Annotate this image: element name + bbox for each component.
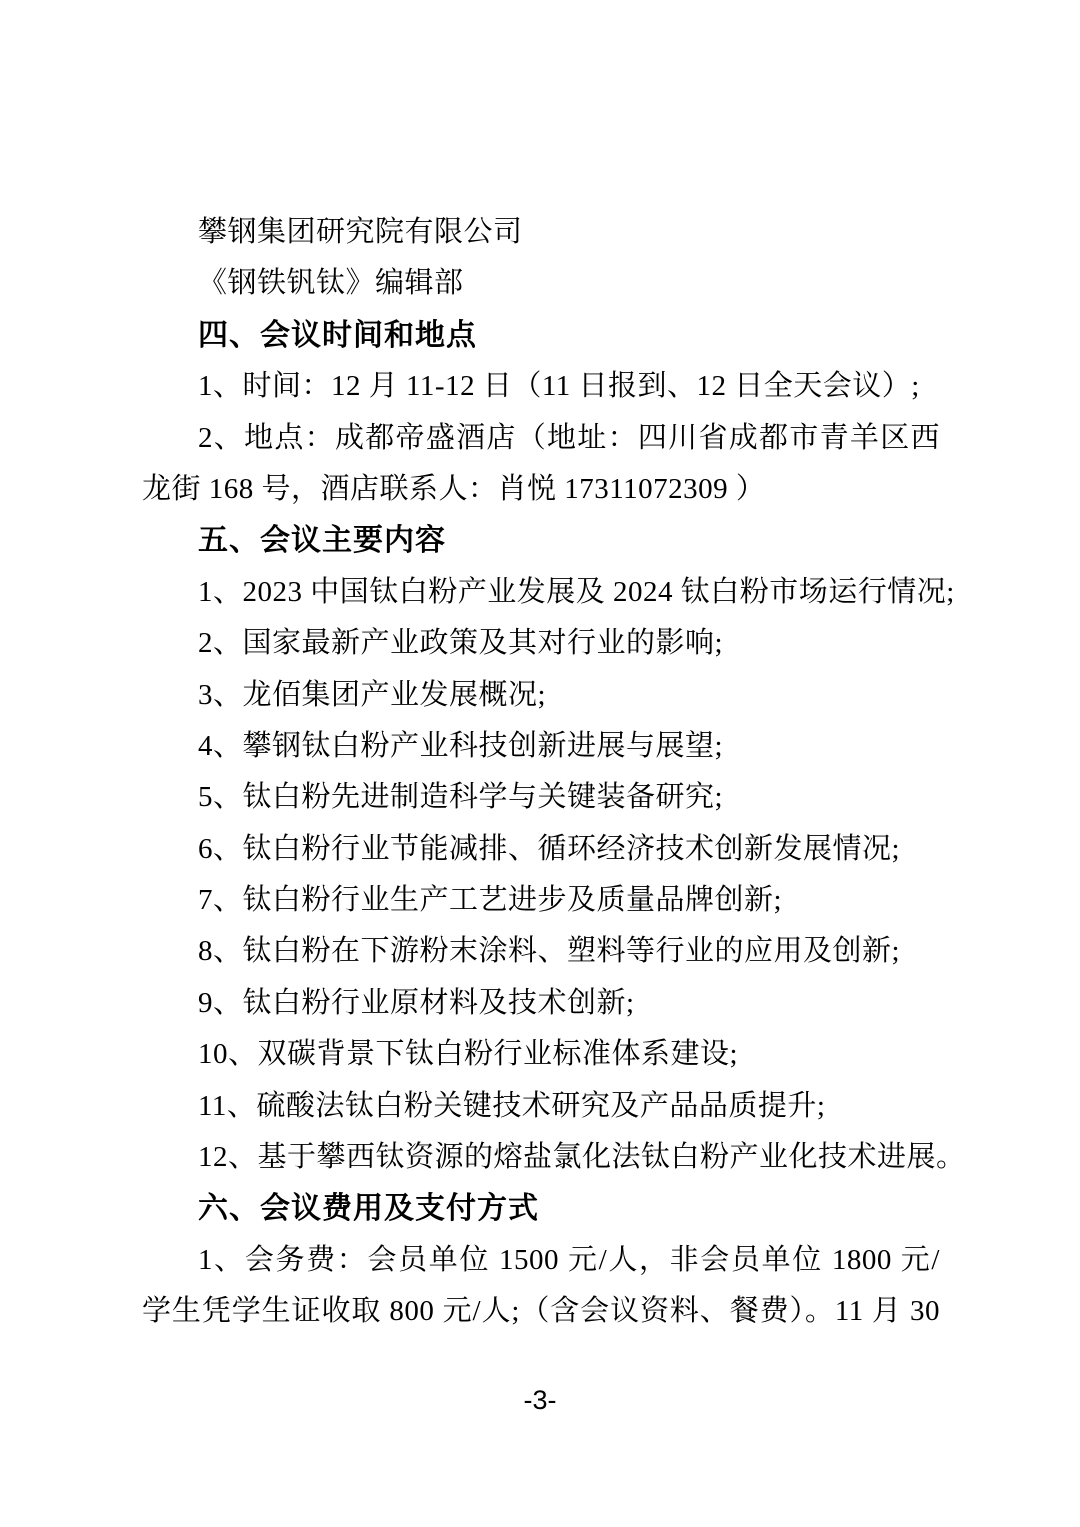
page-number: -3- [0, 1384, 1080, 1416]
section-heading: 六、会议费用及支付方式 [142, 1183, 940, 1234]
text-line: 1、时间：12 月 11-12 日（11 日报到、12 日全天会议）; [142, 361, 940, 412]
text-line: 4、攀钢钛白粉产业科技创新进展与展望; [142, 721, 940, 772]
text-line: 1、2023 中国钛白粉产业发展及 2024 钛白粉市场运行情况; [142, 567, 940, 618]
text-line: 5、钛白粉先进制造科学与关键装备研究; [142, 772, 940, 823]
text-line: 2、国家最新产业政策及其对行业的影响; [142, 618, 940, 669]
text-line: 龙街 168 号，酒店联系人：肖悦 17311072309 ） [142, 464, 940, 515]
document-body: 攀钢集团研究院有限公司《钢铁钒钛》编辑部四、会议时间和地点1、时间：12 月 1… [142, 207, 940, 1338]
section-heading: 五、会议主要内容 [142, 515, 940, 566]
text-line: 1、会务费：会员单位 1500 元/人，非会员单位 1800 元/人， [142, 1235, 940, 1286]
text-line: 《钢铁钒钛》编辑部 [142, 258, 940, 309]
text-line: 9、钛白粉行业原材料及技术创新; [142, 978, 940, 1029]
text-line: 6、钛白粉行业节能减排、循环经济技术创新发展情况; [142, 824, 940, 875]
text-line: 10、双碳背景下钛白粉行业标准体系建设; [142, 1029, 940, 1080]
text-line: 攀钢集团研究院有限公司 [142, 207, 940, 258]
text-line: 学生凭学生证收取 800 元/人;（含会议资料、餐费）。11 月 30 [142, 1286, 940, 1337]
text-line: 2、地点：成都帝盛酒店（地址：四川省成都市青羊区西玉 [142, 413, 940, 464]
text-line: 12、基于攀西钛资源的熔盐氯化法钛白粉产业化技术进展。 [142, 1132, 940, 1183]
section-heading: 四、会议时间和地点 [142, 310, 940, 361]
text-line: 8、钛白粉在下游粉末涂料、塑料等行业的应用及创新; [142, 926, 940, 977]
document-page: 攀钢集团研究院有限公司《钢铁钒钛》编辑部四、会议时间和地点1、时间：12 月 1… [0, 0, 1080, 1527]
text-line: 7、钛白粉行业生产工艺进步及质量品牌创新; [142, 875, 940, 926]
text-line: 3、龙佰集团产业发展概况; [142, 670, 940, 721]
text-line: 11、硫酸法钛白粉关键技术研究及产品品质提升; [142, 1081, 940, 1132]
